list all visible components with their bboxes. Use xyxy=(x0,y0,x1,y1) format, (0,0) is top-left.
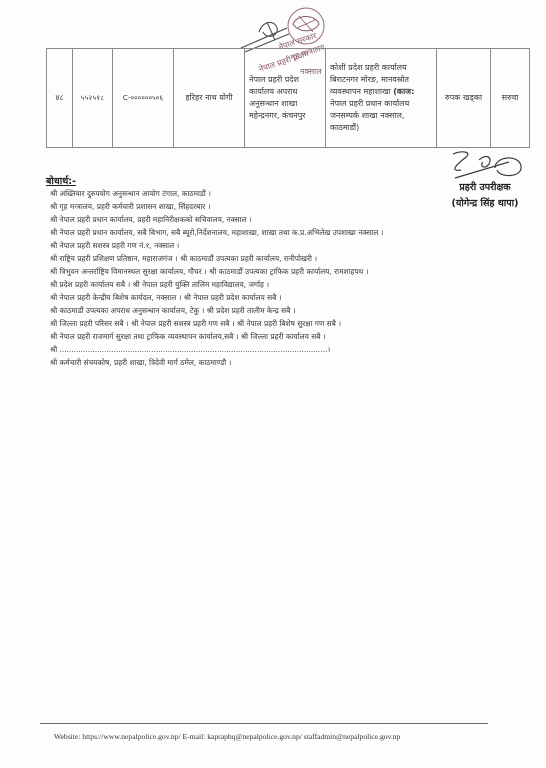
list-item: श्री जिल्ला प्रहरी परिसर सबै । श्री नेपा… xyxy=(50,317,383,330)
list-item: श्री कर्मचारी संचयकोष, प्रहरी शाखा, त्रि… xyxy=(50,356,383,369)
to-office-cell: कोशी प्रदेश प्रहरी कार्यालय बिराटनगर मोर… xyxy=(326,49,437,148)
list-item: श्री नेपाल प्रहरी सशस्त्र प्रहरी गण नं.१… xyxy=(50,239,383,252)
list-item: श्री राष्ट्रिय प्रहरी प्रशिक्षण प्रतिष्ठ… xyxy=(50,252,383,265)
list-item: श्री नेपाल प्रहरी केन्द्रीय बिशेष कार्यद… xyxy=(50,291,383,304)
decided-by-cell: रुपक खड्का xyxy=(437,49,491,148)
table-row: ४८ ५५२५१८ C-००००००५०६ हरिहर नाथ योगी नेप… xyxy=(47,49,530,148)
list-item: श्री काठमाडौं उपत्यका अपराध अनुसन्धान का… xyxy=(50,304,383,317)
from-office-cell: नेपाल प्रहरी प्रदेश कार्यालय अपराध अनुसन… xyxy=(245,49,326,148)
footer-divider xyxy=(40,723,488,724)
name-cell: हरिहर नाथ योगी xyxy=(174,49,245,148)
kaj-label: (काज: xyxy=(393,87,414,96)
list-item: श्री नेपाल प्रहरी प्रधान कार्यालय, प्रहर… xyxy=(50,213,383,226)
signatory-block: प्रहरी उपरीक्षक (योगेन्द्र सिंह थापा) xyxy=(430,148,540,209)
list-item: श्री अख्तियार दुरुपयोग अनुसन्धान आयोग टं… xyxy=(50,187,383,200)
type-cell: सरुवा xyxy=(491,49,530,148)
id-number-cell: ५५२५१८ xyxy=(73,49,113,148)
cc-list: श्री अख्तियार दुरुपयोग अनुसन्धान आयोग टं… xyxy=(50,187,383,369)
serial-cell: ४८ xyxy=(47,49,73,148)
signature-icon xyxy=(439,148,531,184)
list-item: श्री नेपाल प्रहरी राजमार्ग सुरक्षा तथा ट… xyxy=(50,330,383,343)
list-item: श्री प्रदेश प्रहरी कार्यालय सबै । श्री न… xyxy=(50,278,383,291)
list-item: श्री नेपाल प्रहरी प्रधान कार्यालय, सबै ब… xyxy=(50,226,383,239)
code-cell: C-००००००५०६ xyxy=(113,49,174,148)
document-page: नेपाल सरकार गृह मन्त्रालय नेपाल प्रहरी प… xyxy=(0,0,546,768)
signatory-name: (योगेन्द्र सिंह थापा) xyxy=(430,196,540,209)
transfer-record-table: ४८ ५५२५१८ C-००००००५०६ हरिहर नाथ योगी नेप… xyxy=(46,48,530,148)
list-item: श्री ...................................… xyxy=(50,343,383,356)
footer-contact: Website: https://www.nepalpolice.gov.np/… xyxy=(54,732,400,741)
list-item: श्री त्रिभुवन अन्तर्राष्ट्रिय विमानस्थल … xyxy=(50,265,383,278)
kaj-office: नेपाल प्रहरी प्रधान कार्यालय जनसम्पर्क श… xyxy=(330,99,409,132)
cc-heading: बोधार्थ:- xyxy=(46,174,76,187)
signatory-designation: प्रहरी उपरीक्षक xyxy=(430,180,540,193)
list-item: श्री गृह मन्त्रालय, प्रहरी कर्मचारी प्रश… xyxy=(50,200,383,213)
